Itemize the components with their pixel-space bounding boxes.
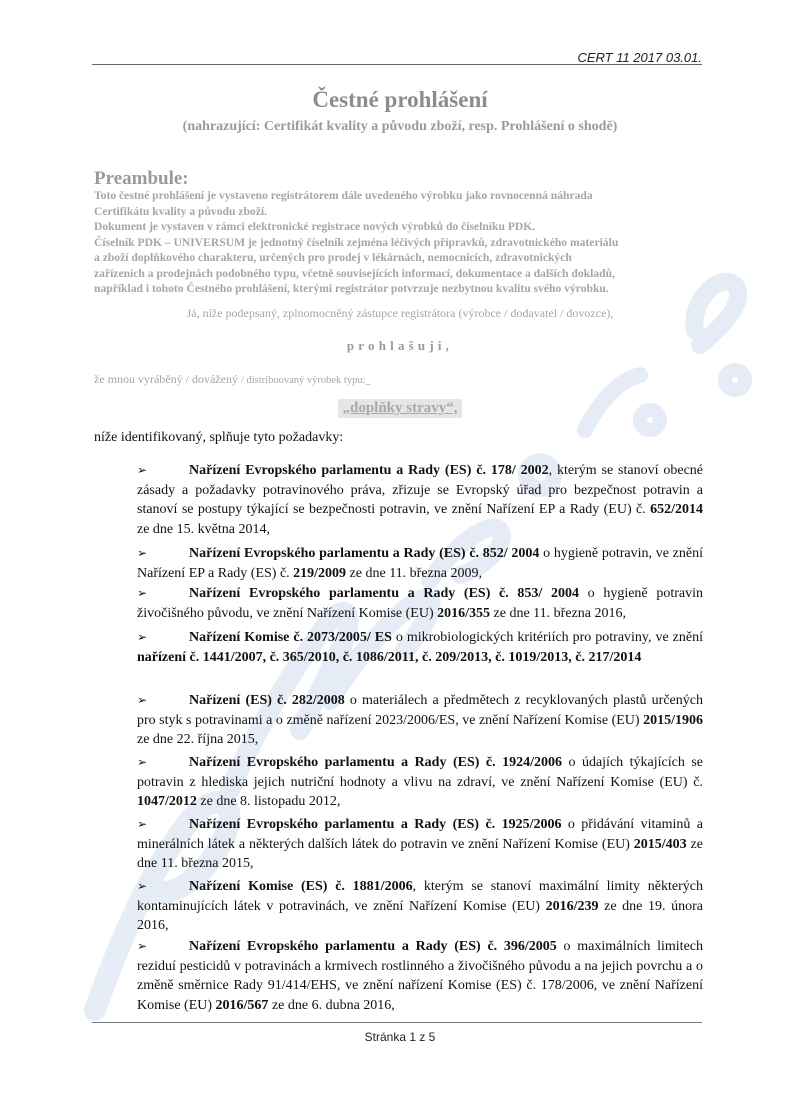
arrow-bullet-icon: ➢ bbox=[137, 753, 189, 773]
regulation-reference: Nařízení Evropského parlamentu a Rady (E… bbox=[189, 586, 579, 601]
requirement-item: ➢Nařízení Evropského parlamentu a Rady (… bbox=[137, 753, 703, 812]
regulation-reference: Nařízení Komise (ES) č. 1881/2006 bbox=[189, 879, 413, 894]
regulation-reference: Nařízení (ES) č. 282/2008 bbox=[189, 693, 345, 708]
preamble-line: Číselník PDK – UNIVERSUM je jednotný čís… bbox=[94, 235, 714, 251]
regulation-reference: Nařízení Evropského parlamentu a Rady (E… bbox=[189, 755, 562, 770]
arrow-bullet-icon: ➢ bbox=[137, 584, 189, 604]
regulation-reference: Nařízení Komise č. 2073/2005/ ES bbox=[189, 630, 392, 645]
regulation-reference: Nařízení Evropského parlamentu a Rady (E… bbox=[189, 939, 557, 954]
preamble-heading: Preambule: bbox=[94, 168, 189, 190]
preamble-line: Dokument je vystaven v rámci elektronick… bbox=[94, 219, 714, 235]
regulation-reference: Nařízení Evropského parlamentu a Rady (E… bbox=[189, 546, 539, 561]
regulation-reference: nařízení č. 1441/2007, č. 365/2010, č. 1… bbox=[137, 650, 641, 665]
preamble-line: Toto čestné prohlášení je vystaveno regi… bbox=[94, 188, 714, 204]
preamble-line: Certifikátu kvality a původu zboží. bbox=[94, 204, 714, 220]
requirement-item: ➢Nařízení Evropského parlamentu a Rady (… bbox=[137, 461, 703, 539]
preamble-text: Toto čestné prohlášení je vystaveno regi… bbox=[94, 188, 714, 297]
preamble-line: například i tohoto Čestného prohlášení, … bbox=[94, 281, 714, 297]
requirement-item: ➢Nařízení Evropského parlamentu a Rady (… bbox=[137, 584, 703, 623]
document-code: CERT 11 2017 03.01. bbox=[577, 50, 702, 65]
declaration-verb: prohlašuji, bbox=[0, 338, 800, 354]
product-line: že mnou vyráběný / dovážený / distribuov… bbox=[94, 372, 371, 387]
requirements-intro: níže identifikovaný, splňuje tyto požada… bbox=[94, 430, 343, 446]
declaration-intro: Já, níže podepsaný, zplnomocněný zástupc… bbox=[0, 306, 800, 321]
preamble-line: a zboží doplňkového charakteru, určených… bbox=[94, 250, 714, 266]
document-subtitle: (nahrazující: Certifikát kvality a původ… bbox=[0, 119, 800, 135]
regulation-reference: 2015/1906 bbox=[643, 713, 703, 728]
requirement-item: ➢Nařízení Evropského parlamentu a Rady (… bbox=[137, 937, 703, 1015]
requirement-item: ➢Nařízení Komise č. 2073/2005/ ES o mikr… bbox=[137, 628, 703, 667]
product-type: „doplňky stravy“, bbox=[0, 399, 800, 418]
preamble-line: zařízeních a prodejnách podobného typu, … bbox=[94, 266, 714, 282]
regulation-reference: 652/2014 bbox=[650, 502, 703, 517]
requirement-item: ➢Nařízení (ES) č. 282/2008 o materiálech… bbox=[137, 691, 703, 750]
regulation-reference: 2016/239 bbox=[546, 899, 599, 914]
arrow-bullet-icon: ➢ bbox=[137, 877, 189, 897]
arrow-bullet-icon: ➢ bbox=[137, 544, 189, 564]
regulation-reference: 219/2009 bbox=[293, 566, 346, 581]
regulation-reference: 2015/403 bbox=[634, 837, 687, 852]
product-line-main: že mnou vyráběný / dovážený bbox=[94, 372, 241, 386]
regulation-reference: Nařízení Evropského parlamentu a Rady (E… bbox=[189, 817, 561, 832]
page-number: Stránka 1 z 5 bbox=[0, 1030, 800, 1044]
footer-divider bbox=[92, 1022, 702, 1023]
product-line-small: / distribuovaný výrobek typu:_ bbox=[241, 375, 371, 386]
requirement-item: ➢Nařízení Evropského parlamentu a Rady (… bbox=[137, 815, 703, 874]
requirement-item: ➢Nařízení Evropského parlamentu a Rady (… bbox=[137, 544, 703, 583]
regulation-reference: Nařízení Evropského parlamentu a Rady (E… bbox=[189, 463, 549, 478]
header-divider bbox=[92, 64, 702, 65]
document-title: Čestné prohlášení bbox=[0, 87, 800, 113]
arrow-bullet-icon: ➢ bbox=[137, 815, 189, 835]
arrow-bullet-icon: ➢ bbox=[137, 628, 189, 648]
regulation-reference: 1047/2012 bbox=[137, 794, 197, 809]
regulation-reference: 2016/355 bbox=[437, 606, 490, 621]
requirement-item: ➢Nařízení Komise (ES) č. 1881/2006, kter… bbox=[137, 877, 703, 936]
arrow-bullet-icon: ➢ bbox=[137, 691, 189, 711]
arrow-bullet-icon: ➢ bbox=[137, 461, 189, 481]
product-type-value: „doplňky stravy“, bbox=[338, 399, 461, 418]
regulation-reference: 2016/567 bbox=[216, 998, 269, 1013]
arrow-bullet-icon: ➢ bbox=[137, 937, 189, 957]
